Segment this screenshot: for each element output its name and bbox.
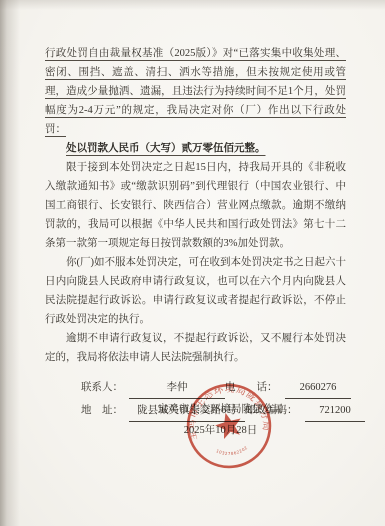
paragraph-appeal-rights: 你(厂)如不服本处罚决定，可在收到本处罚决定书之日起六十日内向陇县人民政府申请行… [45,253,346,329]
issue-date: 2025年10月28日 [148,420,293,441]
paragraph-enforcement-warning: 逾期不申请行政复议，不提起行政诉讼，又不履行本处罚决定的，我局将依法申请人民法院… [45,329,346,367]
contact-phone-label: 电 话： [225,378,285,397]
contact-person-label: 联系人： [81,378,129,397]
paragraph-discretion-standard: 行政处罚自由裁量权基准（2025版）》对“已落实集中收集处理、密闭、围挡、遮盖、… [45,44,346,139]
document-body: 行政处罚自由裁量权基准（2025版）》对“已落实集中收集处理、密闭、围挡、遮盖、… [45,44,346,424]
signature-block: 宝鸡市生态环境局陇县分局 2025年10月28日 [148,399,293,441]
paragraph-payment-instructions: 限于接到本处罚决定之日起15日内，持我局开具的《非税收入缴款通知书》或“缴款识别… [45,158,346,253]
contact-phone-value: 2660276 [285,378,351,399]
scan-top-edge-shadow [0,0,385,10]
scanned-document-page: 行政处罚自由裁量权基准（2025版）》对“已落实集中收集处理、密闭、围挡、遮盖、… [0,0,385,526]
paragraph-penalty-amount: 处以罚款人民币（大写）贰万零伍佰元整。 [45,139,346,158]
contact-postcode-value: 721200 [305,401,365,422]
issuer-name: 宝鸡市生态环境局陇县分局 [148,399,293,420]
scan-left-edge-shadow [0,0,20,526]
contact-person-value: 李仲 [129,378,225,399]
contact-address-label: 地 址： [81,401,129,420]
contact-row-person-phone: 联系人： 李仲 电 话： 2660276 [81,378,346,401]
